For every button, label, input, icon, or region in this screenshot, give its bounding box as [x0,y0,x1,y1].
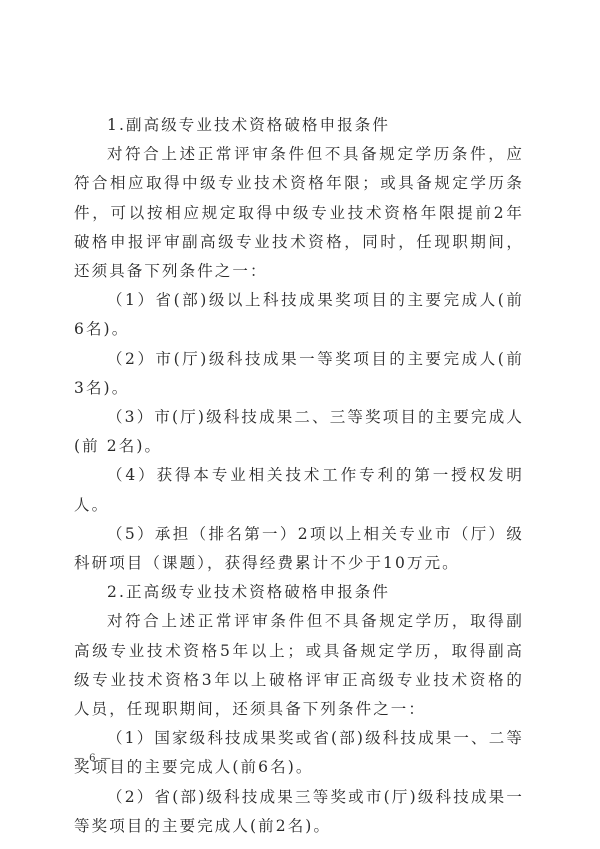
section-1-condition-3: （3）市(厅)级科技成果二、三等奖项目的主要完成人(前 2名)。 [74,403,524,461]
section-2-condition-2: （2）省(部)级科技成果三等奖或市(厅)级科技成果一等奖项目的主要完成人(前2名… [74,783,524,841]
section-1-condition-2: （2）市(厅)级科技成果一等奖项目的主要完成人(前3名)。 [74,345,524,403]
section-2-intro: 对符合上述正常评审条件但不具备规定学历，取得副高级专业技术资格5年以上；或具备规… [74,607,524,724]
section-1-condition-5: （5）承担（排名第一）2项以上相关专业市（厅）级科研项目（课题），获得经费累计不… [74,520,524,578]
section-1-condition-1: （1）省(部)级以上科技成果奖项目的主要完成人(前6名)。 [74,286,524,344]
section-heading-2: 2.正高级专业技术资格破格申报条件 [74,578,524,607]
document-body: 1.副高级专业技术资格破格申报条件 对符合上述正常评审条件但不具备规定学历条件，… [74,111,524,841]
section-1-intro: 对符合上述正常评审条件但不具备规定学历条件，应符合相应取得中级专业技术资格年限；… [74,140,524,286]
section-1-condition-4: （4）获得本专业相关技术工作专利的第一授权发明人。 [74,461,524,519]
document-page: 1.副高级专业技术资格破格申报条件 对符合上述正常评审条件但不具备规定学历条件，… [0,0,600,849]
section-heading-1: 1.副高级专业技术资格破格申报条件 [74,111,524,140]
page-number: — 6 — [74,753,112,764]
section-2-condition-1: （1）国家级科技成果奖或省(部)级科技成果一、二等奖项目的主要完成人(前6名)。 [74,724,524,782]
